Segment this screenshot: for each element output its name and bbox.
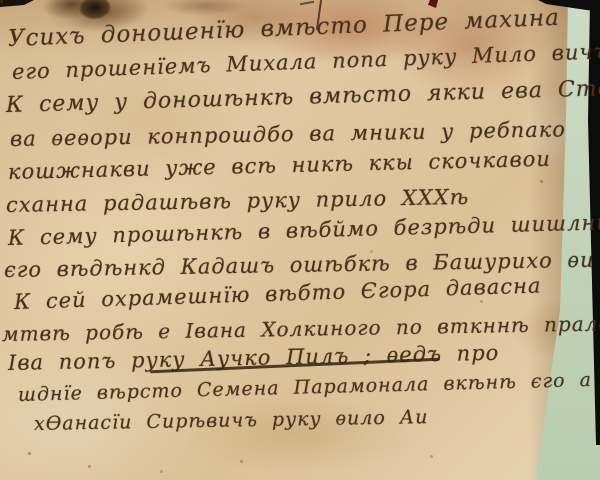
manuscript-scan: Усихъ доношенїю вмѣсто Пере махина его п… <box>0 0 600 480</box>
paper-speckles <box>0 0 3 3</box>
